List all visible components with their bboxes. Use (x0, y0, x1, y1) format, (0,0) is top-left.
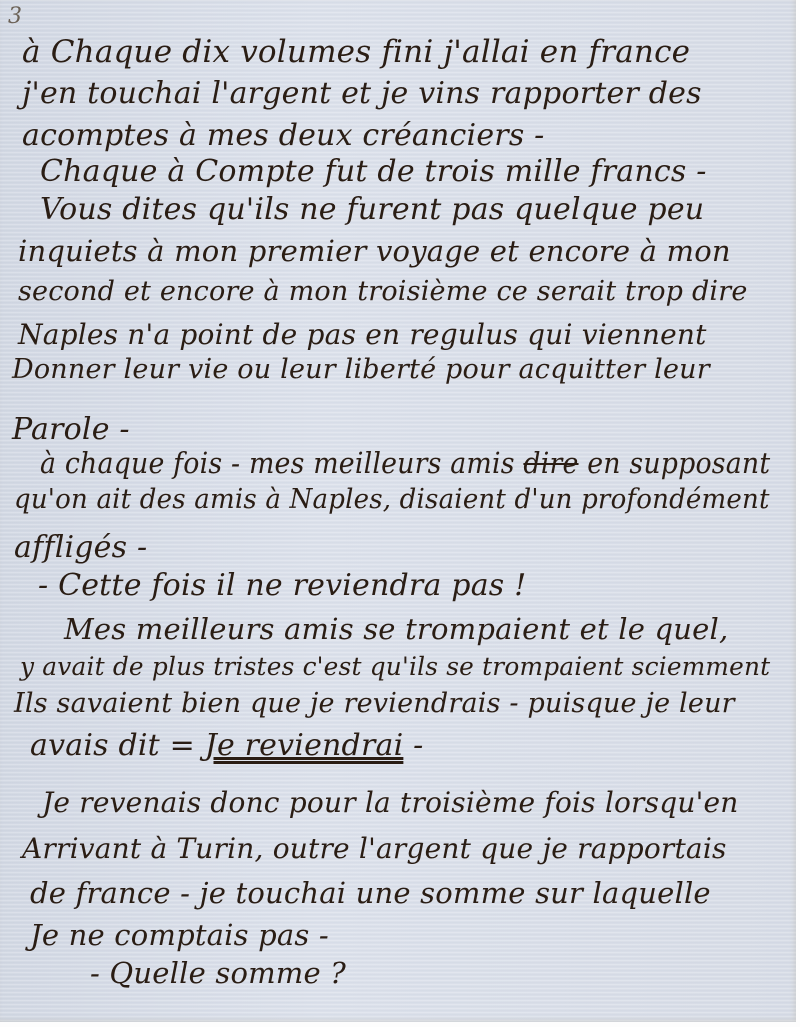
text-line: Vous dites qu'ils ne furent pas quelque … (40, 192, 704, 227)
line-text: en supposant (587, 446, 770, 480)
struck-word: dire (523, 446, 578, 480)
text-line: Je ne comptais pas - (30, 918, 329, 952)
text-line: Arrivant à Turin, outre l'argent que je … (22, 832, 727, 865)
text-line: Chaque à Compte fut de trois mille franc… (40, 154, 707, 189)
text-line: acomptes à mes deux créanciers - (22, 118, 545, 153)
text-line: de france - je touchai une somme sur laq… (30, 876, 711, 910)
text-line: Naples n'a point de pas en regulus qui v… (18, 318, 707, 351)
line-text: à chaque fois - mes meilleurs amis (40, 446, 515, 480)
text-line: qu'on ait des amis à Naples, disaient d'… (14, 484, 770, 515)
text-line: j'en touchai l'argent et je vins rapport… (22, 76, 702, 111)
underlined-phrase: Je reviendrai (205, 728, 404, 763)
text-line: Parole - (12, 412, 130, 447)
text-line: y avait de plus tristes c'est qu'ils se … (20, 652, 770, 681)
text-line: inquiets à mon premier voyage et encore … (18, 234, 731, 268)
text-line: Ils savaient bien que je reviendrais - p… (14, 688, 735, 719)
text-line: Donner leur vie ou leur liberté pour acq… (12, 354, 710, 385)
manuscript-page: 3 à Chaque dix volumes fini j'allai en f… (0, 0, 796, 1022)
text-line: Mes meilleurs amis se trompaient et le q… (64, 612, 728, 646)
text-line: à chaque fois - mes meilleurs amis dire … (40, 446, 770, 480)
line-text: - (403, 728, 423, 763)
text-line: - Cette fois il ne reviendra pas ! (38, 568, 526, 603)
text-line: avais dit = Je reviendrai - (30, 728, 423, 763)
text-line: affligés - (14, 530, 147, 565)
page-number: 3 (8, 4, 22, 29)
text-line: - Quelle somme ? (90, 956, 346, 990)
line-text: avais dit = (30, 728, 205, 763)
text-line: second et encore à mon troisième ce sera… (18, 276, 748, 307)
text-line: Je revenais donc pour la troisième fois … (42, 786, 738, 819)
text-line: à Chaque dix volumes fini j'allai en fra… (22, 34, 690, 70)
